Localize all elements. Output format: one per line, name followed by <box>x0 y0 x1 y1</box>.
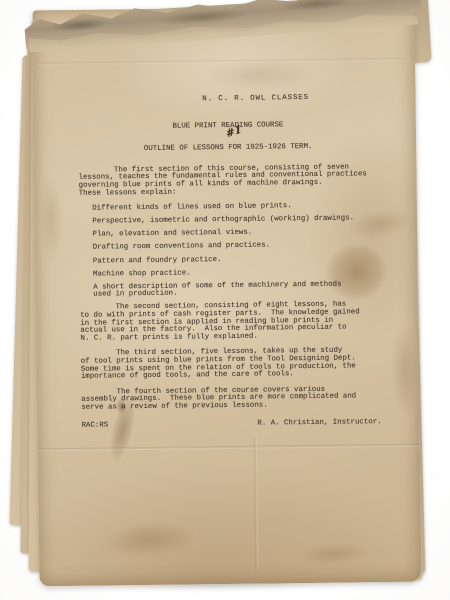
signature-row: RAC:RS R. A. Christian, Instructor. <box>82 419 382 430</box>
instructor-signature: R. A. Christian, Instructor. <box>257 419 381 428</box>
typed-text-block: N. C. R. OWL CLASSES BLUE PRINT READING … <box>78 94 382 430</box>
lesson-point: Plan, elevation and sectional views. <box>79 228 379 239</box>
paragraph-second-section: The second section, consisting of eight … <box>80 302 380 344</box>
paragraph-third-section: The third section, five lessons, takes u… <box>81 348 381 382</box>
document-page: N. C. R. OWL CLASSES BLUE PRINT READING … <box>32 6 421 587</box>
crease <box>38 444 420 452</box>
crease <box>254 438 259 570</box>
heading-outline: OUTLINE OF LESSONS FOR 1925-1926 TERM. <box>78 143 378 154</box>
paragraph-fourth-section: The fourth section of the course covers … <box>81 386 381 412</box>
stain <box>183 51 334 99</box>
pencil-annotation: #1 <box>226 126 242 139</box>
lesson-point: Pattern and foundry practice. <box>80 255 380 266</box>
lesson-point: Different kinds of lines used on blue pr… <box>79 202 379 213</box>
lesson-point: Machine shop practice. <box>80 268 380 279</box>
lesson-point: Perspective, isometric and orthographic … <box>79 215 379 226</box>
stain <box>380 306 422 436</box>
heading-organization: N. C. R. OWL CLASSES <box>106 94 406 105</box>
lesson-point: A short description of some of the machi… <box>80 281 380 300</box>
stain <box>89 510 222 568</box>
photo-scene: N. C. R. OWL CLASSES BLUE PRINT READING … <box>0 0 450 600</box>
paragraph-first-section: The first section of this course, consis… <box>78 164 378 198</box>
stain <box>36 160 71 280</box>
lesson-point: Drafting room conventions and practices. <box>79 242 379 253</box>
stain <box>284 536 386 572</box>
reference-initials: RAC:RS <box>82 422 109 430</box>
